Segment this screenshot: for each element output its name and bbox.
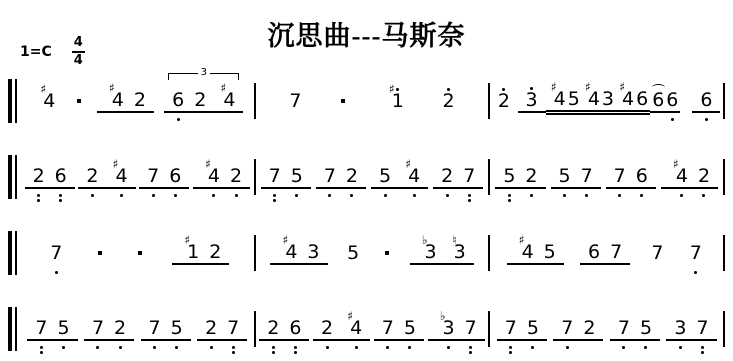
- note: 2: [525, 165, 537, 187]
- below-marks: [443, 344, 455, 349]
- measure: 262♯476♯42: [21, 165, 254, 189]
- natural-icon: ♮: [452, 234, 456, 246]
- barline: [723, 311, 725, 347]
- note: 7: [227, 317, 239, 339]
- below-marks: [172, 116, 184, 121]
- octave-down-dot-icon: [91, 194, 94, 197]
- beam-group: 72: [553, 317, 603, 341]
- octave-down-dot-icon: [508, 194, 511, 197]
- below-marks: [55, 192, 67, 202]
- octave-down-dot-icon: [640, 194, 643, 197]
- thin-bar: [15, 155, 17, 199]
- measure: 23♯45♯43♯46666: [490, 88, 723, 115]
- octave-down-dot-icon: [120, 194, 123, 197]
- below-marks: [379, 192, 391, 197]
- beam-group: 26: [25, 165, 75, 189]
- below-marks: [559, 192, 571, 197]
- staff-line: 262♯476♯4275725♯427525776♯42: [8, 154, 725, 200]
- note-digit: 5: [57, 317, 69, 339]
- note-digit: 6: [289, 317, 301, 339]
- octave-down-dot-icon: [509, 346, 512, 349]
- note: ♭3: [443, 317, 455, 339]
- note: ♯4: [554, 88, 566, 110]
- note: 5: [57, 317, 69, 339]
- octave-down-dot-icon: [585, 194, 588, 197]
- note-digit: 2: [230, 165, 242, 187]
- octave-down-dot-icon: [96, 346, 99, 349]
- below-marks: [33, 192, 45, 202]
- measure: 7♯12: [256, 90, 489, 112]
- above-marks: [498, 88, 510, 92]
- note-digit: 7: [50, 242, 62, 264]
- note: 3: [602, 88, 614, 110]
- octave-down-dot-icon: [328, 194, 331, 197]
- note: 2: [443, 90, 455, 112]
- note: 5: [503, 165, 515, 187]
- octave-down-dot-icon: [59, 194, 62, 197]
- below-marks: [57, 344, 69, 349]
- octave-down-dot-icon: [679, 346, 682, 349]
- below-marks: [205, 344, 217, 349]
- note: 5: [291, 165, 303, 187]
- note: ♯4: [588, 88, 600, 110]
- note: 3: [526, 89, 538, 111]
- beam-group: 75: [261, 165, 311, 189]
- note: ♯4: [43, 90, 55, 112]
- beam-group: 37: [666, 317, 716, 341]
- note: 2: [583, 317, 595, 339]
- note-digit: 7: [610, 241, 622, 263]
- beam-group: 27: [197, 317, 247, 341]
- sheet-music-page: 沉思曲---马斯奈 1=C 4 4 ♯4♯42362♯47♯1223♯45♯43…: [0, 0, 733, 361]
- note: 7: [324, 165, 336, 187]
- below-marks: [465, 344, 477, 354]
- beam-group: 75: [141, 317, 191, 341]
- note-digit: 2: [583, 317, 595, 339]
- sharp-icon: ♯: [221, 82, 227, 94]
- note-digit: 2: [33, 165, 45, 187]
- thick-bar: [8, 307, 12, 351]
- note-digit: 6: [55, 165, 67, 187]
- note: 7: [614, 165, 626, 187]
- below-marks: [527, 344, 539, 349]
- note-digit: 5: [544, 241, 556, 263]
- octave-up-dot-icon: [530, 87, 533, 90]
- below-marks: [636, 192, 648, 197]
- note: 6: [666, 89, 678, 111]
- staff-line: ♯4♯42362♯47♯1223♯45♯43♯46666: [8, 78, 725, 124]
- note: 6: [169, 165, 181, 187]
- note: 5: [347, 242, 359, 264]
- beam-group: ♯45♯43♯46: [546, 88, 651, 115]
- octave-down-dot-icon: [530, 194, 533, 197]
- octave-up-dot-icon: [447, 88, 450, 91]
- thin-bar: [15, 231, 17, 275]
- below-marks: [230, 192, 242, 197]
- measure: 525776♯42: [490, 165, 723, 189]
- below-marks: [581, 192, 593, 197]
- below-marks: [50, 269, 62, 274]
- octave-down-dot-icon: [671, 118, 674, 121]
- octave-down-dot-icon: [232, 346, 235, 349]
- measure: 7♯12: [21, 241, 254, 265]
- beam-group: 75: [374, 317, 424, 341]
- below-marks: [346, 192, 358, 197]
- note: 2: [114, 317, 126, 339]
- duration-dot-icon: [138, 251, 142, 255]
- time-signature: 4 4: [72, 36, 85, 67]
- octave-down-dot-icon: [152, 194, 155, 197]
- note: 6: [588, 241, 600, 263]
- note: ♮3: [454, 241, 466, 263]
- note: 6: [652, 89, 664, 111]
- beam-group: 75: [610, 317, 660, 341]
- below-marks: [404, 344, 416, 349]
- octave-down-dot-icon: [694, 271, 697, 274]
- opening-double-barline: [8, 307, 17, 351]
- note: 7: [581, 165, 593, 187]
- octave-down-dot-icon: [563, 194, 566, 197]
- note: 7: [289, 90, 301, 112]
- beam-group: 66: [650, 89, 680, 113]
- triplet-number: 3: [201, 68, 207, 78]
- note: ♯4: [208, 165, 220, 187]
- sharp-icon: ♯: [113, 158, 119, 170]
- note-digit: 7: [289, 90, 301, 112]
- sharp-icon: ♯: [619, 81, 625, 93]
- note-digit: 2: [443, 90, 455, 112]
- octave-down-dot-icon: [210, 346, 213, 349]
- octave-down-dot-icon: [531, 346, 534, 349]
- below-marks: [614, 192, 626, 197]
- below-marks: [115, 192, 127, 197]
- below-marks: [86, 192, 98, 197]
- note-digit: 3: [307, 241, 319, 263]
- below-marks: [147, 192, 159, 197]
- below-marks: [690, 269, 702, 274]
- octave-down-dot-icon: [469, 351, 472, 354]
- octave-down-dot-icon: [232, 351, 235, 354]
- note: 2: [230, 165, 242, 187]
- note: 6: [636, 88, 648, 110]
- octave-down-dot-icon: [37, 194, 40, 197]
- note: 5: [640, 317, 652, 339]
- note: 2: [86, 165, 98, 187]
- note-digit: 6: [700, 89, 712, 111]
- note-digit: 7: [35, 317, 47, 339]
- below-marks: [408, 192, 420, 197]
- note-digit: 7: [269, 165, 281, 187]
- below-marks: [321, 344, 333, 349]
- beam-group: 27: [433, 165, 483, 189]
- beam-group: 362♯4: [164, 89, 243, 113]
- note-digit: 6: [588, 241, 600, 263]
- octave-down-dot-icon: [273, 199, 276, 202]
- below-marks: [92, 344, 104, 349]
- note-digit: 6: [636, 88, 648, 110]
- flat-icon: ♭: [440, 310, 446, 322]
- measure: ♯4♯42362♯4: [21, 89, 254, 113]
- note-digit: 7: [227, 317, 239, 339]
- octave-down-dot-icon: [174, 194, 177, 197]
- note: ♯4: [350, 317, 362, 339]
- opening-double-barline: [8, 79, 17, 123]
- thick-bar: [8, 155, 12, 199]
- note-digit: 2: [698, 165, 710, 187]
- note-digit: 5: [379, 165, 391, 187]
- note: 5: [568, 88, 580, 110]
- beam-group: ♯45: [507, 241, 564, 265]
- octave-up-dot-icon: [502, 88, 505, 91]
- barline: [723, 235, 725, 271]
- octave-down-dot-icon: [235, 194, 238, 197]
- below-marks: [169, 192, 181, 197]
- note: 2: [194, 89, 206, 111]
- below-marks: [674, 344, 686, 349]
- note-digit: 2: [525, 165, 537, 187]
- note-digit: 7: [690, 242, 702, 264]
- note: 7: [35, 317, 47, 339]
- note: ♯4: [522, 241, 534, 263]
- tie-icon: [652, 84, 665, 91]
- beam-group: 72: [316, 165, 366, 189]
- beam-group: 75: [27, 317, 77, 341]
- note-run: 3♯45♯43♯46666: [518, 88, 721, 115]
- note: 2: [267, 317, 279, 339]
- opening-double-barline: [8, 155, 17, 199]
- note: 2: [321, 317, 333, 339]
- note-digit: 2: [205, 317, 217, 339]
- below-marks: [35, 344, 47, 354]
- note: 7: [690, 242, 702, 264]
- key-time-signature: 1=C 4 4: [20, 36, 85, 67]
- note: ♯1: [187, 241, 199, 263]
- note: 2: [441, 165, 453, 187]
- barline: [723, 159, 725, 195]
- octave-down-dot-icon: [702, 194, 705, 197]
- beam-group: 6: [692, 89, 720, 113]
- octave-down-dot-icon: [119, 346, 122, 349]
- octave-down-dot-icon: [37, 199, 40, 202]
- octave-down-dot-icon: [59, 199, 62, 202]
- note: ♯4: [112, 89, 124, 111]
- note: 2: [33, 165, 45, 187]
- below-marks: [505, 344, 517, 354]
- note-digit: 6: [652, 89, 664, 111]
- note-digit: 7: [505, 317, 517, 339]
- below-marks: [698, 192, 710, 197]
- octave-down-dot-icon: [701, 346, 704, 349]
- note: ♯4: [676, 165, 688, 187]
- sharp-icon: ♯: [405, 158, 411, 170]
- measure: ♯456777: [490, 241, 723, 265]
- thick-bar: [8, 79, 12, 123]
- note: 5: [171, 317, 183, 339]
- beam-group: ♭37: [428, 317, 485, 341]
- octave-down-dot-icon: [272, 351, 275, 354]
- measure: 75727537: [490, 317, 723, 341]
- barline: [723, 83, 725, 119]
- below-marks: [676, 192, 688, 197]
- below-marks: [324, 192, 336, 197]
- below-marks: [382, 344, 394, 349]
- octave-down-dot-icon: [175, 346, 178, 349]
- octave-down-dot-icon: [384, 194, 387, 197]
- note-digit: 7: [463, 165, 475, 187]
- sharp-icon: ♯: [184, 234, 190, 246]
- note: ♭3: [425, 241, 437, 263]
- note: 7: [561, 317, 573, 339]
- note: ♯4: [223, 89, 235, 111]
- beam-group: 76: [606, 165, 656, 189]
- thick-bar: [8, 231, 12, 275]
- note-digit: 7: [561, 317, 573, 339]
- note-digit: 5: [568, 88, 580, 110]
- octave-down-dot-icon: [273, 194, 276, 197]
- bracket-line: [210, 73, 239, 80]
- note: ♯4: [285, 241, 297, 263]
- below-marks: [208, 192, 220, 197]
- note-digit: 2: [134, 89, 146, 111]
- note: 7: [463, 165, 475, 187]
- sharp-icon: ♯: [673, 158, 679, 170]
- measure: 262♯475♭37: [256, 317, 489, 341]
- note-digit: 3: [526, 89, 538, 111]
- beam-group: 75: [497, 317, 547, 341]
- below-marks: [149, 344, 161, 349]
- note-digit: 2: [346, 165, 358, 187]
- thin-bar: [15, 307, 17, 351]
- score: ♯4♯42362♯47♯1223♯45♯43♯46666262♯476♯4275…: [0, 78, 733, 352]
- beam-group: ♯42: [193, 165, 250, 189]
- score-header: 沉思曲---马斯奈 1=C 4 4: [0, 0, 733, 64]
- below-marks: [666, 116, 678, 121]
- below-marks: [503, 192, 515, 202]
- octave-down-dot-icon: [644, 346, 647, 349]
- note-digit: 2: [209, 241, 221, 263]
- note: ♯4: [115, 165, 127, 187]
- below-marks: [267, 344, 279, 354]
- note-digit: 2: [321, 317, 333, 339]
- note-digit: 7: [382, 317, 394, 339]
- measure: ♯435♭3♮3: [256, 241, 489, 265]
- note: 7: [651, 242, 663, 264]
- note: 3: [674, 317, 686, 339]
- duration-dot-icon: [385, 251, 389, 255]
- octave-down-dot-icon: [468, 199, 471, 202]
- beam-group: 72: [84, 317, 134, 341]
- octave-down-dot-icon: [447, 346, 450, 349]
- note-digit: 2: [441, 165, 453, 187]
- below-marks: [640, 344, 652, 349]
- sharp-icon: ♯: [40, 83, 46, 95]
- beam-group: ♯43: [270, 241, 327, 265]
- below-marks: [697, 344, 709, 354]
- below-marks: [350, 344, 362, 349]
- note-digit: 7: [465, 317, 477, 339]
- sharp-icon: ♯: [283, 234, 289, 246]
- note: 5: [527, 317, 539, 339]
- note-digit: 5: [404, 317, 416, 339]
- note-digit: 7: [697, 317, 709, 339]
- note-digit: 7: [581, 165, 593, 187]
- below-marks: [441, 192, 453, 197]
- note: 6: [55, 165, 67, 187]
- octave-down-dot-icon: [62, 346, 65, 349]
- octave-down-dot-icon: [40, 351, 43, 354]
- sharp-icon: ♯: [551, 81, 557, 93]
- beam-group: ♯12: [172, 241, 229, 265]
- note: 2: [205, 317, 217, 339]
- octave-down-dot-icon: [509, 351, 512, 354]
- note: 2: [498, 90, 510, 112]
- below-marks: [114, 344, 126, 349]
- note: 5: [544, 241, 556, 263]
- thin-bar: [15, 79, 17, 123]
- beam-group: ♯42: [97, 89, 154, 113]
- note-digit: 7: [149, 317, 161, 339]
- octave-down-dot-icon: [566, 346, 569, 349]
- above-marks: [443, 88, 455, 92]
- note-digit: 2: [498, 90, 510, 112]
- sharp-icon: ♯: [347, 310, 353, 322]
- note: 2: [134, 89, 146, 111]
- beam-group: 5♯4: [371, 165, 428, 189]
- note-digit: 2: [86, 165, 98, 187]
- note-digit: 3: [674, 317, 686, 339]
- octave-up-dot-icon: [396, 88, 399, 91]
- note-digit: 5: [640, 317, 652, 339]
- beam-group: 3: [518, 89, 546, 113]
- note: 7: [382, 317, 394, 339]
- octave-down-dot-icon: [408, 346, 411, 349]
- octave-down-dot-icon: [295, 194, 298, 197]
- key-signature: 1=C: [20, 44, 52, 60]
- duration-dot-icon: [341, 99, 345, 103]
- note-digit: 5: [171, 317, 183, 339]
- note: 3: [307, 241, 319, 263]
- staff-line: 75727527262♯475♭3775727537: [8, 306, 725, 352]
- note-digit: 5: [291, 165, 303, 187]
- below-marks: [269, 192, 281, 202]
- below-marks: [289, 344, 301, 354]
- octave-down-dot-icon: [40, 346, 43, 349]
- note: 6: [172, 89, 184, 111]
- note-digit: 2: [267, 317, 279, 339]
- below-marks: [463, 192, 475, 202]
- note: 7: [505, 317, 517, 339]
- note: 6: [700, 89, 712, 111]
- beam-group: 76: [139, 165, 189, 189]
- note-digit: 7: [614, 165, 626, 187]
- below-marks: [618, 344, 630, 349]
- note: 7: [149, 317, 161, 339]
- beam-group: 26: [259, 317, 309, 341]
- octave-down-dot-icon: [468, 194, 471, 197]
- staff-line: 7♯12♯435♭3♮3♯456777: [8, 230, 725, 276]
- note-digit: 6: [636, 165, 648, 187]
- octave-down-dot-icon: [386, 346, 389, 349]
- time-signature-numerator: 4: [74, 36, 83, 50]
- note: 5: [404, 317, 416, 339]
- sharp-icon: ♯: [109, 82, 115, 94]
- octave-down-dot-icon: [355, 346, 358, 349]
- note: ♯4: [622, 88, 634, 110]
- duration-dot-icon: [77, 99, 81, 103]
- opening-double-barline: [8, 231, 17, 275]
- octave-down-dot-icon: [680, 194, 683, 197]
- above-marks: [392, 88, 404, 92]
